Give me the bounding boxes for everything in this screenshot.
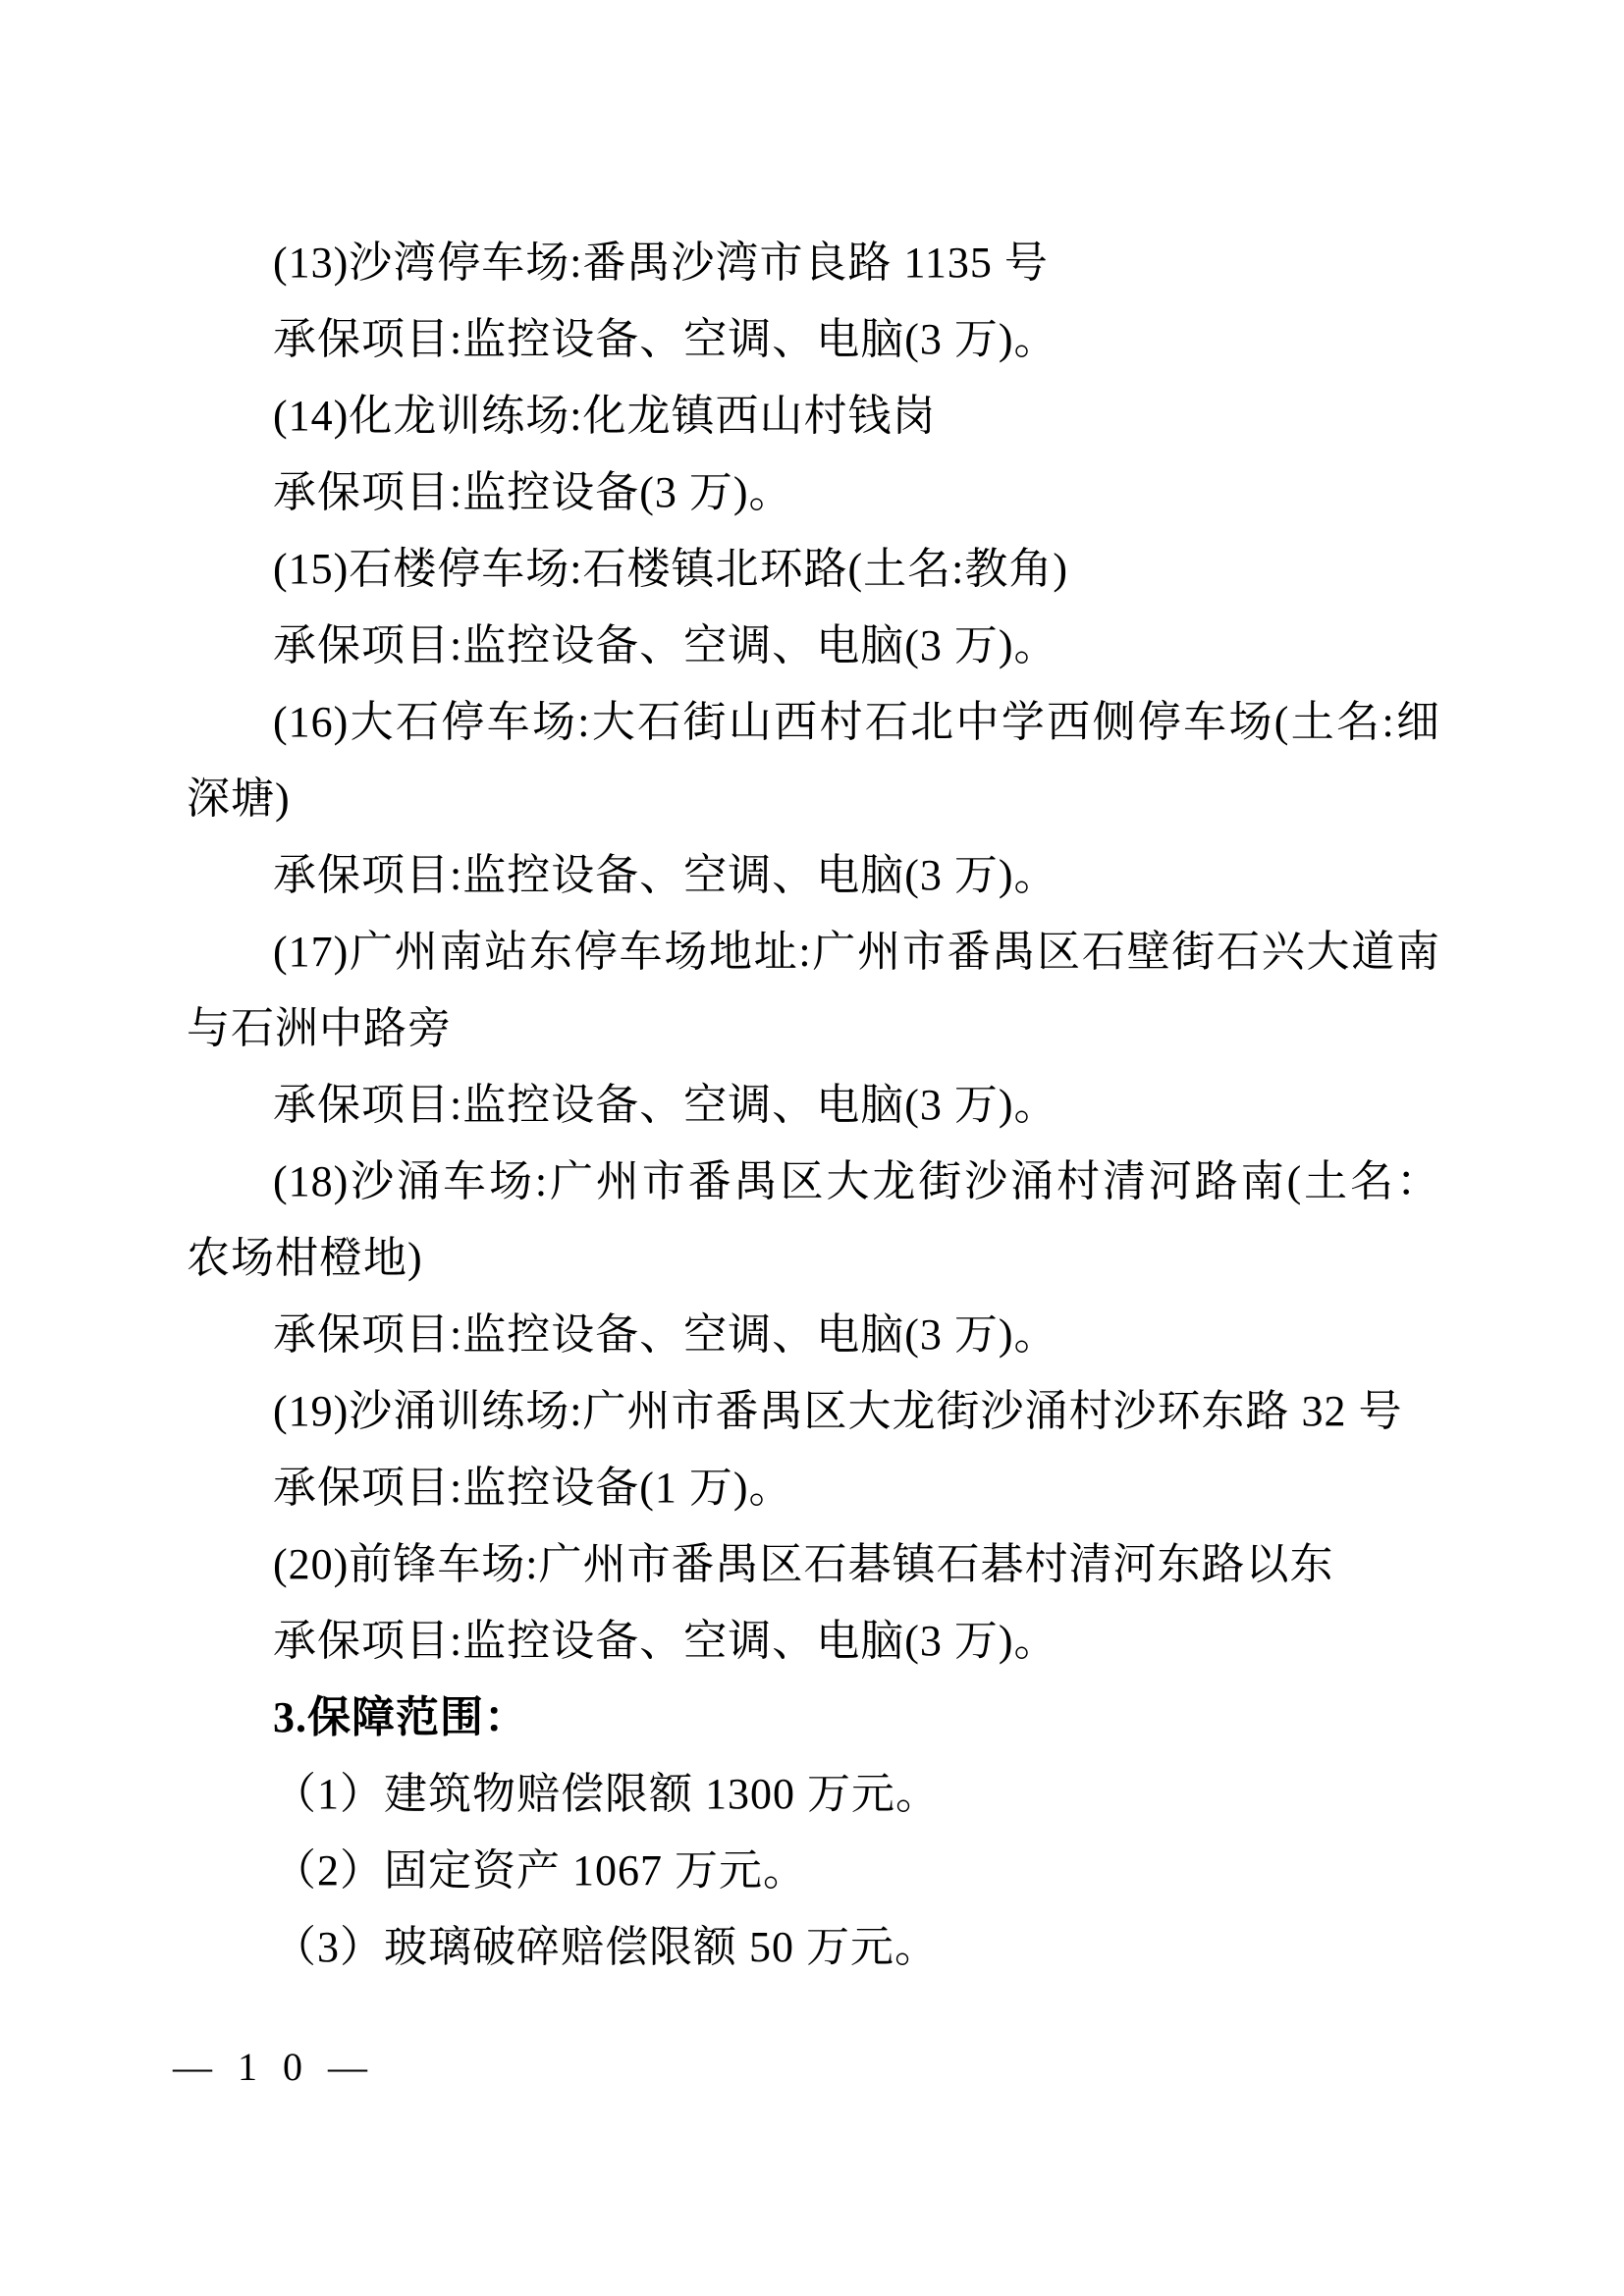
section-heading-coverage-scope: 3.保障范围： [187, 1680, 1440, 1756]
paragraph-item-15: (15)石楼停车场:石楼镇北环路(土名:教角) [187, 531, 1440, 608]
document-body: (13)沙湾停车场:番禺沙湾市良路 1135 号 承保项目:监控设备、空调、电脑… [187, 225, 1440, 1986]
paragraph-coverage-14: 承保项目:监控设备(3 万)。 [187, 454, 1440, 531]
paragraph-item-20: (20)前锋车场:广州市番禺区石碁镇石碁村清河东路以东 [187, 1526, 1440, 1603]
paragraph-limit-fixed-assets: （2）固定资产 1067 万元。 [187, 1833, 1440, 1909]
paragraph-coverage-16: 承保项目:监控设备、空调、电脑(3 万)。 [187, 837, 1440, 914]
page-number: — 1 0 — [173, 2045, 375, 2090]
paragraph-item-13: (13)沙湾停车场:番禺沙湾市良路 1135 号 [187, 225, 1440, 301]
paragraph-item-14: (14)化龙训练场:化龙镇西山村钱岗 [187, 378, 1440, 454]
paragraph-coverage-19: 承保项目:监控设备(1 万)。 [187, 1450, 1440, 1526]
paragraph-item-16: (16)大石停车场:大石街山西村石北中学西侧停车场(土名:细深塘) [187, 684, 1440, 837]
paragraph-coverage-20: 承保项目:监控设备、空调、电脑(3 万)。 [187, 1603, 1440, 1680]
paragraph-coverage-18: 承保项目:监控设备、空调、电脑(3 万)。 [187, 1297, 1440, 1373]
paragraph-limit-glass: （3）玻璃破碎赔偿限额 50 万元。 [187, 1909, 1440, 1986]
document-page: (13)沙湾停车场:番禺沙湾市良路 1135 号 承保项目:监控设备、空调、电脑… [0, 0, 1624, 2296]
paragraph-limit-buildings: （1）建筑物赔偿限额 1300 万元。 [187, 1756, 1440, 1833]
paragraph-item-17: (17)广州南站东停车场地址:广州市番禺区石壁街石兴大道南与石洲中路旁 [187, 914, 1440, 1067]
paragraph-item-19: (19)沙涌训练场:广州市番禺区大龙街沙涌村沙环东路 32 号 [187, 1373, 1440, 1450]
paragraph-coverage-13: 承保项目:监控设备、空调、电脑(3 万)。 [187, 301, 1440, 378]
paragraph-item-18: (18)沙涌车场:广州市番禺区大龙街沙涌村清河路南(土名： 农场柑橙地) [187, 1144, 1440, 1297]
paragraph-coverage-15: 承保项目:监控设备、空调、电脑(3 万)。 [187, 608, 1440, 684]
paragraph-coverage-17: 承保项目:监控设备、空调、电脑(3 万)。 [187, 1067, 1440, 1144]
